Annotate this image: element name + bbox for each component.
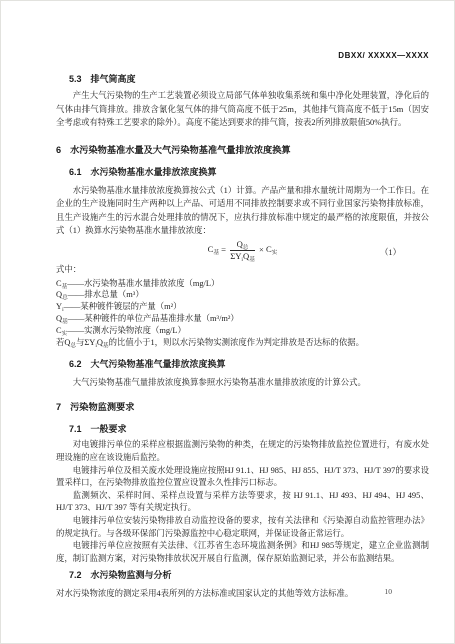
formula-number: （1） [380, 246, 401, 258]
formula-fraction: Q总 ΣYiQ基 [230, 240, 255, 261]
where-label: 式中： [56, 264, 429, 276]
times-sign: × [259, 244, 264, 254]
section-number: 7.2 [69, 570, 82, 580]
paragraph: 监测频次、采样时间、采样点设置与采样方法等要求，按 HJ 91.1、HJ 493… [56, 490, 429, 515]
section-5-3-paragraph: 产生大气污染物的生产工艺装置必须设立局部气体单独收集系统和集中净化处理装置，净化… [56, 89, 429, 130]
section-title: 一般要求 [91, 424, 127, 434]
section-title: 水污染物基准水量排放浓度换算 [91, 167, 217, 177]
section-title: 排气筒高度 [91, 74, 136, 84]
definition-row: Yi——某种镀件镀层的产量（m²） [56, 301, 429, 313]
section-number: 6.2 [69, 359, 82, 369]
section-6-2-heading: 6.2大气污染物基准气量排放浓度换算 [69, 359, 429, 369]
section-title: 水污染物监测与分析 [91, 570, 172, 580]
fraction-numerator: Q总 [230, 240, 255, 251]
section-6-1-paragraph: 水污染物基准水量排放浓度换算按公式（1）计算。产品产量和排水量统计周期为一个工作… [56, 184, 429, 238]
section-7-heading: 7污染物监测要求 [56, 402, 429, 412]
section-6-2-paragraph: 大气污染物基准气量排放浓度换算参照水污染物基准水量排放浓度的计算公式。 [56, 376, 429, 390]
formula-lhs: C基 [208, 244, 219, 254]
fraction-denominator: ΣYiQ基 [230, 251, 255, 261]
section-6-1-heading: 6.1水污染物基准水量排放浓度换算 [69, 167, 429, 177]
section-number: 6 [56, 145, 61, 155]
definitions-list: C基——水污染物基准水量排放浓度（mg/L） Q总——排水总量（m³） Yi——… [56, 278, 429, 337]
section-title: 大气污染物基准气量排放浓度换算 [91, 359, 226, 369]
definition-row: Q总——排水总量（m³） [56, 289, 429, 301]
section-7-2-heading: 7.2水污染物监测与分析 [69, 570, 429, 580]
section-number: 7.1 [69, 424, 82, 434]
doc-code: DBXX/ XXXXX—XXXX [56, 51, 429, 61]
definition-row: C实——实测水污染物浓度（mg/L） [56, 325, 429, 337]
section-number: 5.3 [69, 74, 82, 84]
section-title: 水污染物基准水量及大气污染物基准气量排放浓度换算 [70, 145, 291, 155]
formula-rhs: C实 [266, 244, 277, 254]
section-5-3-heading: 5.3排气筒高度 [69, 74, 429, 84]
paragraph: 对电镀排污单位的采样应根据监测污染物的种类，在规定的污染物排放监控位置进行，有废… [56, 439, 429, 464]
document-page: DBXX/ XXXXX—XXXX 5.3排气筒高度 产生大气污染物的生产工艺装置… [0, 0, 455, 644]
paragraph: 电镀排污单位应按照有关法律、《江苏省生态环境监测条例》和HJ 985等规定，建立… [56, 540, 429, 565]
section-7-1-paragraphs: 对电镀排污单位的采样应根据监测污染物的种类，在规定的污染物排放监控位置进行，有废… [56, 439, 429, 565]
page-number: 10 [385, 587, 393, 596]
paragraph: 电镀排污单位及相关废水处理设施应按照HJ 91.1、HJ 985、HJ 855、… [56, 465, 429, 490]
section-6-heading: 6水污染物基准水量及大气污染物基准气量排放浓度换算 [56, 145, 429, 155]
page-content: DBXX/ XXXXX—XXXX 5.3排气筒高度 产生大气污染物的生产工艺装置… [56, 51, 429, 601]
formula-note: 若Q总与ΣYiQ基的比值小于1，则以水污染物实测浓度作为判定排放是否达标的依据。 [56, 337, 429, 350]
section-7-1-heading: 7.1一般要求 [69, 424, 429, 434]
section-7-2-paragraph: 对水污染物浓度的测定采用4表所列的方法标准或国家认定的其他等效方法标准。 [56, 587, 429, 601]
formula-equation: C基 = Q总 ΣYiQ基 × C实 [208, 240, 278, 261]
equals-sign: = [221, 244, 226, 254]
section-number: 6.1 [69, 167, 82, 177]
formula-row: C基 = Q总 ΣYiQ基 × C实 （1） [56, 239, 429, 263]
section-number: 7 [56, 402, 61, 412]
definition-row: Q基——某种镀件的单位产品基准排水量（m³/m²） [56, 313, 429, 325]
section-title: 污染物监测要求 [70, 402, 134, 412]
definition-row: C基——水污染物基准水量排放浓度（mg/L） [56, 278, 429, 290]
paragraph: 电镀排污单位安装污染物排放自动监控设备的要求，按有关法律和《污染源自动监控管理办… [56, 515, 429, 540]
